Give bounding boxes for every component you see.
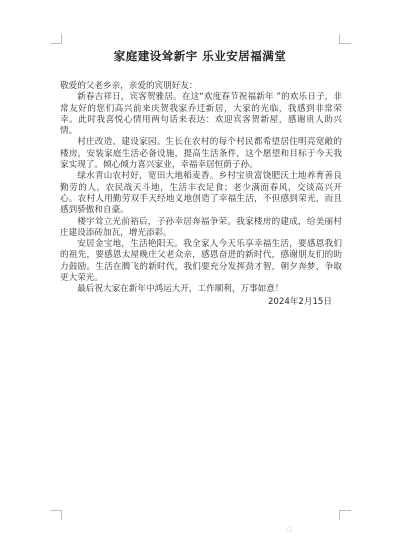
- document-title: 家庭建设耸新宇 乐业安居福满堂: [0, 48, 400, 64]
- greeting: 敬爱的父老乡亲，亲爱的宾朋好友：: [60, 81, 342, 92]
- document-page: 家庭建设耸新宇 乐业安居福满堂 敬爱的父老乡亲，亲爱的宾朋好友： 新春吉祥日，宾…: [0, 0, 400, 556]
- paragraph-2: 村庄改造，建设家园。生长在农村的每个村民都希望居住明亮宽敞的楼房，安装家庭生活必…: [60, 137, 342, 171]
- watermark-icon: ⌂: [286, 524, 292, 535]
- document-date: 2024年2月15日: [60, 297, 332, 308]
- crop-mark-top-right: [339, 34, 351, 44]
- paragraph-4: 楼宇耸立光前裕后，子孙幸居奔福争荣。我家楼房的建成，给美丽村庄建设添砖加瓦，增光…: [60, 217, 342, 240]
- paragraph-1: 新春吉祥日，宾客贺雅居。在这“欢度春节祝福新年 ”的欢乐日子，非常友好的您们高兴…: [60, 92, 342, 137]
- crop-mark-top-left: [50, 34, 62, 44]
- paragraph-3: 绿水青山农村好，宽田大地稻麦香。乡村宝贵富饶肥沃土地养育善良勤劳的人，农民战天斗…: [60, 171, 342, 216]
- closing-wish: 最后祝大家在新年中鸿运大开，工作顺利，万事如意！: [60, 284, 342, 295]
- crop-mark-bottom-left: [50, 510, 62, 520]
- paragraph-5: 安居金宝地，生活艳阳天。我全家人今天乐享幸福生活，要感恩我们的祖先，要感恩太屋晚…: [60, 239, 342, 284]
- crop-mark-bottom-right: [339, 510, 351, 520]
- document-body: 敬爱的父老乡亲，亲爱的宾朋好友： 新春吉祥日，宾客贺雅居。在这“欢度春节祝福新年…: [60, 81, 342, 296]
